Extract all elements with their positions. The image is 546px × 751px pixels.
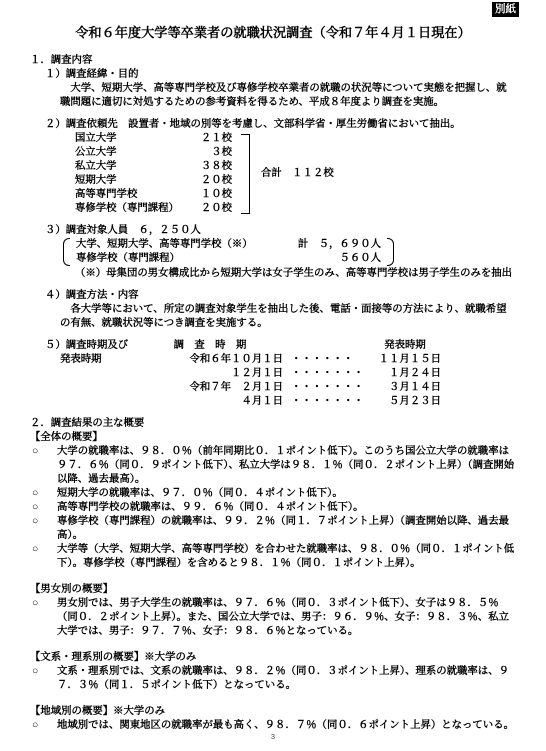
item-survey-method: ４）調査方法・内容 各大学等において、所定の調査対象学生を抽出した後、電話・面接… <box>45 289 516 331</box>
item1-label: １）調査経緯・目的 <box>45 68 516 82</box>
summary-bullet: ○ 男女別では、男子大学生の就職率は、９７．６％（同０．３ポイント低下）、女子は… <box>30 597 516 639</box>
school-row: 短期大学 ２０校 <box>75 174 232 188</box>
circle-bullet-marker: ○ <box>30 445 57 487</box>
group-name: 大学、短期大学、高等専門学校（※） <box>76 238 253 252</box>
school-count: ３８校 <box>201 160 232 174</box>
school-name: 高等専門学校 <box>75 188 137 202</box>
circle-bullet-marker: ○ <box>30 487 57 501</box>
bullet-text: 大学等（大学、短期大学、高等専門学校）を合わせた就職率は、９８．０％（同０．１ポ… <box>57 543 516 571</box>
school-row: 国立大学 ２１校 <box>75 132 232 146</box>
schedule-row: ４月１日 ・・・・・・・ ５月２３日 <box>137 395 441 409</box>
survey-date: ４月１日 <box>137 395 283 409</box>
school-row: 公立大学 ３校 <box>75 146 232 160</box>
group-count: ５６０人 <box>339 252 381 266</box>
sampling-note: （※）母集団の男女構成比から短期大学は女子学生のみ、高等専門学校は男子学生のみを… <box>75 267 516 281</box>
header-spacer <box>283 339 369 353</box>
item4-label: ４）調査方法・内容 <box>45 289 516 303</box>
right-bracket-shape <box>241 134 250 214</box>
section1: １．調査内容 １）調査経緯・目的 大学、短期大学、高等専門学校及び専修学校卒業者… <box>30 54 516 409</box>
subject-group-row: 大学、短期大学、高等専門学校（※） 計 ５，６９０人 <box>76 238 381 252</box>
circle-bullet-marker: ○ <box>30 597 57 639</box>
subject-group-rows: 大学、短期大学、高等専門学校（※） 計 ５，６９０人 専修学校（専門課程） ５６… <box>76 238 381 266</box>
circle-bullet-marker: ○ <box>30 719 57 733</box>
item3-label: ３）調査対象人員 ６，２５０人 <box>45 224 516 238</box>
announce-period-header: 発表時期 <box>369 339 441 353</box>
left-brace-shape <box>63 238 70 266</box>
school-total: 合計 １１２校 <box>261 167 334 181</box>
subject-group-block: 大学、短期大学、高等専門学校（※） 計 ５，６９０人 専修学校（専門課程） ５６… <box>63 238 516 266</box>
subject-group-row: 専修学校（専門課程） ５６０人 <box>76 252 381 266</box>
school-count: １０校 <box>201 188 232 202</box>
circle-bullet-marker: ○ <box>30 515 57 543</box>
school-row: 高等専門学校 １０校 <box>75 188 232 202</box>
item-survey-schedule: ５）調査時期及び 発表時期 調 査 時 期 発表時期 令和６年１０月１日 ・・・… <box>45 339 516 409</box>
group-header-field: 【文系・理系別の概要】※大学のみ <box>30 651 516 665</box>
school-count: ２０校 <box>201 174 232 188</box>
schedule-row: １２月１日 ・・・・・・・ １月２４日 <box>137 367 441 381</box>
summary-bullet: ○ 大学等（大学、短期大学、高等専門学校）を合わせた就職率は、９８．０％（同０．… <box>30 543 516 571</box>
group-count: 計 ５，６９０人 <box>298 238 381 252</box>
bullet-text: 短期大学の就職率は、９７．０％（同０．４ポイント低下）。 <box>57 487 516 501</box>
dots-leader: ・・・・・・・ <box>283 381 369 395</box>
schedule-label: ５）調査時期及び 発表時期 <box>45 339 137 409</box>
summary-bullet: ○ 大学の就職率は、９８．０％（前年同期比０．１ポイント低下）。このうち国公立大… <box>30 445 516 487</box>
schedule-label-line2: 発表時期 <box>60 353 137 367</box>
item-survey-subjects: ３）調査対象人員 ６，２５０人 大学、短期大学、高等専門学校（※） 計 ５，６９… <box>45 224 516 281</box>
dots-leader: ・・・・・・ <box>283 353 369 367</box>
announce-date: ５月２３日 <box>369 395 441 409</box>
announce-date: １月２４日 <box>369 367 441 381</box>
schedule-row: 令和６年１０月１日 ・・・・・・ １１月１５日 <box>137 353 441 367</box>
schedule-header-row: 調 査 時 期 発表時期 <box>137 339 441 353</box>
survey-period-header: 調 査 時 期 <box>137 339 283 353</box>
announce-date: ３月１４日 <box>369 381 441 395</box>
circle-bullet-marker: ○ <box>30 501 57 515</box>
summary-bullet: ○ 専修学校（専門課程）の就職率は、９９．２％（同１．７ポイント上昇）（調査開始… <box>30 515 516 543</box>
school-row: 私立大学 ３８校 <box>75 160 232 174</box>
group-name: 専修学校（専門課程） <box>76 252 180 266</box>
bullet-text: 専修学校（専門課程）の就職率は、９９．２％（同１．７ポイント上昇）（調査開始以降… <box>57 515 516 543</box>
attachment-label: 別紙 <box>492 2 519 17</box>
bullet-text: 大学の就職率は、９８．０％（前年同期比０．１ポイント低下）。このうち国公立大学の… <box>57 445 516 487</box>
page-title: 令和６年度大学等卒業者の就職状況調査（令和７年４月１日現在） <box>30 24 516 41</box>
section1-heading: １．調査内容 <box>30 54 516 68</box>
section2-heading: ２．調査結果の主な概要 <box>30 417 516 431</box>
school-name: 専修学校（専門課程） <box>75 202 179 216</box>
page-number: 3 <box>0 732 546 741</box>
item2-label: ２）調査依頼先 設置者・地域の別等を考慮し、文部科学省・厚生労働省において抽出。 <box>45 118 516 132</box>
school-name: 私立大学 <box>75 160 117 174</box>
bullet-text: 地域別では、関東地区の就職率が最も高く、９８．７％（同０．６ポイント上昇）となっ… <box>57 719 516 733</box>
group-header-gender: 【男女別の概要】 <box>30 583 516 597</box>
circle-bullet-marker: ○ <box>30 665 57 693</box>
bullet-text: 高等専門学校の就職率は、９９．６％（同０．４ポイント低下）。 <box>57 501 516 515</box>
schedule-label-line1: ５）調査時期及び <box>45 339 137 353</box>
group-header-overall: 【全体の概要】 <box>30 431 516 445</box>
section2: ２．調査結果の主な概要 【全体の概要】 ○ 大学の就職率は、９８．０％（前年同期… <box>30 417 516 733</box>
summary-bullet: ○ 文系・理系別では、文系の就職率は、９８．２％（同０．３ポイント上昇）、理系の… <box>30 665 516 693</box>
item1-body: 大学、短期大学、高等専門学校及び専修学校卒業者の就職の状況等について実態を把握し… <box>60 82 516 110</box>
survey-date: 令和７年 ２月１日 <box>137 381 283 395</box>
school-list: 国立大学 ２１校 公立大学 ３校 私立大学 ３８校 短期大学 ２０校 <box>75 132 232 216</box>
schedule-row: 令和７年 ２月１日 ・・・・・・・ ３月１４日 <box>137 381 441 395</box>
item4-body: 各大学等において、所定の調査対象学生を抽出した後、電話・面接等の方法により、就職… <box>60 303 516 331</box>
schedule-table: 調 査 時 期 発表時期 令和６年１０月１日 ・・・・・・ １１月１５日 １２月… <box>137 339 441 409</box>
bullet-text: 男女別では、男子大学生の就職率は、９７．６％（同０．３ポイント低下）、女子は９８… <box>57 597 516 639</box>
school-count: ２１校 <box>201 132 232 146</box>
school-row: 専修学校（専門課程） ２０校 <box>75 202 232 216</box>
dots-leader: ・・・・・・・ <box>283 367 369 381</box>
school-name: 短期大学 <box>75 174 117 188</box>
school-name: 公立大学 <box>75 146 117 160</box>
summary-bullet: ○ 短期大学の就職率は、９７．０％（同０．４ポイント低下）。 <box>30 487 516 501</box>
survey-date: 令和６年１０月１日 <box>137 353 283 367</box>
school-count: ３校 <box>211 146 232 160</box>
group-header-region: 【地域別の概要】※大学のみ <box>30 705 516 719</box>
school-count-block: 国立大学 ２１校 公立大学 ３校 私立大学 ３８校 短期大学 ２０校 <box>75 132 516 216</box>
right-brace-shape <box>387 238 394 266</box>
school-count: ２０校 <box>201 202 232 216</box>
item-survey-purpose: １）調査経緯・目的 大学、短期大学、高等専門学校及び専修学校卒業者の就職の状況等… <box>45 68 516 110</box>
document-page: 別紙 令和６年度大学等卒業者の就職状況調査（令和７年４月１日現在） １．調査内容… <box>0 0 546 751</box>
dots-leader: ・・・・・・・ <box>283 395 369 409</box>
summary-bullet: ○ 地域別では、関東地区の就職率が最も高く、９８．７％（同０．６ポイント上昇）と… <box>30 719 516 733</box>
school-name: 国立大学 <box>75 132 117 146</box>
circle-bullet-marker: ○ <box>30 543 57 571</box>
summary-bullet: ○ 高等専門学校の就職率は、９９．６％（同０．４ポイント低下）。 <box>30 501 516 515</box>
announce-date: １１月１５日 <box>369 353 441 367</box>
bullet-text: 文系・理系別では、文系の就職率は、９８．２％（同０．３ポイント上昇）、理系の就職… <box>57 665 516 693</box>
item-survey-request: ２）調査依頼先 設置者・地域の別等を考慮し、文部科学省・厚生労働省において抽出。… <box>45 118 516 216</box>
survey-date: １２月１日 <box>137 367 283 381</box>
